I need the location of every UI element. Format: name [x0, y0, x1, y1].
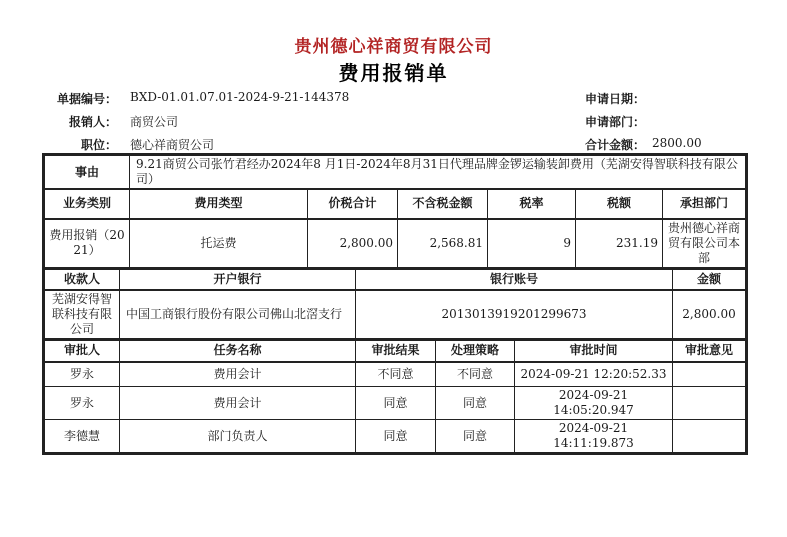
meta-row-1: 单据编号： BXD-01.01.07.01-2024-9-21-144378 申… — [42, 86, 748, 109]
task-name: 费用会计 — [120, 387, 356, 420]
approval-header-result: 审批结果 — [356, 340, 436, 362]
approval-header-row: 审批人 任务名称 审批结果 处理策略 审批时间 审批意见 — [45, 340, 746, 362]
approval-header-task: 任务名称 — [120, 340, 356, 362]
payee-header-bank: 开户银行 — [120, 269, 356, 290]
doc-number-value: BXD-01.01.07.01-2024-9-21-144378 — [130, 90, 349, 104]
expense-header-department: 承担部门 — [663, 190, 746, 219]
expense-type: 托运费 — [130, 219, 308, 268]
position-label: 职位： — [42, 136, 117, 153]
expense-header-net: 不含税金额 — [398, 190, 488, 219]
approval-result: 同意 — [356, 387, 436, 420]
approval-header-strategy: 处理策略 — [436, 340, 515, 362]
company-title: 贵州德心祥商贸有限公司 — [0, 32, 787, 57]
approval-header-time: 审批时间 — [515, 340, 673, 362]
task-name: 部门负责人 — [120, 420, 356, 453]
handling-strategy: 同意 — [436, 387, 515, 420]
apply-dept-label: 申请部门： — [585, 113, 645, 130]
position-value: 德心祥商贸公司 — [130, 136, 214, 153]
expense-form-page: 贵州德心祥商贸有限公司 费用报销单 单据编号： BXD-01.01.07.01-… — [0, 0, 787, 537]
payee-name: 芜湖安得智联科技有限公司 — [45, 290, 120, 339]
approval-time: 2024-09-21 14:05:20.947 — [515, 387, 673, 420]
expense-header-category: 业务类别 — [45, 190, 130, 219]
claimant-value: 商贸公司 — [130, 113, 178, 130]
approval-result: 同意 — [356, 420, 436, 453]
form-title: 费用报销单 — [0, 57, 787, 86]
approval-time: 2024-09-21 14:11:19.873 — [515, 420, 673, 453]
payee-header-account: 银行账号 — [356, 269, 673, 290]
payee-account: 2013013919201299673 — [356, 290, 673, 339]
total-amount-label: 合计金额： — [585, 136, 645, 153]
expense-table: 业务类别 费用类型 价税合计 不含税金额 税率 税额 承担部门 费用报销（202… — [44, 189, 746, 268]
approval-row-3: 李德慧 部门负责人 同意 同意 2024-09-21 14:11:19.873 — [45, 420, 746, 453]
approver-name: 罗永 — [45, 362, 120, 387]
reason-row: 事由 9.21商贸公司张竹君经办2024年8 月1日-2024年8月31日代理品… — [45, 156, 746, 189]
claimant-label: 报销人： — [42, 113, 117, 130]
reason-value: 9.21商贸公司张竹君经办2024年8 月1日-2024年8月31日代理品牌金锣… — [130, 156, 746, 189]
payee-header-amount: 金额 — [673, 269, 746, 290]
approval-header-opinion: 审批意见 — [673, 340, 746, 362]
expense-total: 2,800.00 — [308, 219, 398, 268]
reason-table: 事由 9.21商贸公司张竹君经办2024年8 月1日-2024年8月31日代理品… — [44, 155, 746, 189]
expense-header-total: 价税合计 — [308, 190, 398, 219]
expense-net: 2,568.81 — [398, 219, 488, 268]
payee-amount: 2,800.00 — [673, 290, 746, 339]
meta-fields: 单据编号： BXD-01.01.07.01-2024-9-21-144378 申… — [42, 86, 748, 155]
payee-data-row: 芜湖安得智联科技有限公司 中国工商银行股份有限公司佛山北滘支行 20130139… — [45, 290, 746, 339]
approver-name: 罗永 — [45, 387, 120, 420]
meta-row-3: 职位： 德心祥商贸公司 合计金额： 2800.00 — [42, 132, 748, 155]
handling-strategy: 不同意 — [436, 362, 515, 387]
form-table: 事由 9.21商贸公司张竹君经办2024年8 月1日-2024年8月31日代理品… — [42, 153, 748, 455]
expense-data-row: 费用报销（2021） 托运费 2,800.00 2,568.81 9 231.1… — [45, 219, 746, 268]
payee-bank: 中国工商银行股份有限公司佛山北滘支行 — [120, 290, 356, 339]
expense-header-type: 费用类型 — [130, 190, 308, 219]
task-name: 费用会计 — [120, 362, 356, 387]
expense-header-tax: 税额 — [576, 190, 663, 219]
approval-opinion — [673, 362, 746, 387]
expense-rate: 9 — [488, 219, 576, 268]
payee-table: 收款人 开户银行 银行账号 金额 芜湖安得智联科技有限公司 中国工商银行股份有限… — [44, 268, 746, 339]
approval-header-approver: 审批人 — [45, 340, 120, 362]
meta-row-2: 报销人： 商贸公司 申请部门： — [42, 109, 748, 132]
approver-name: 李德慧 — [45, 420, 120, 453]
expense-category: 费用报销（2021） — [45, 219, 130, 268]
expense-header-rate: 税率 — [488, 190, 576, 219]
doc-number-label: 单据编号： — [42, 90, 117, 107]
approval-time: 2024-09-21 12:20:52.33 — [515, 362, 673, 387]
payee-header-row: 收款人 开户银行 银行账号 金额 — [45, 269, 746, 290]
apply-date-label: 申请日期： — [585, 90, 645, 107]
approval-opinion — [673, 420, 746, 453]
payee-header-name: 收款人 — [45, 269, 120, 290]
expense-department: 贵州德心祥商贸有限公司本部 — [663, 219, 746, 268]
total-amount-value: 2800.00 — [652, 136, 702, 150]
approval-opinion — [673, 387, 746, 420]
approval-row-2: 罗永 费用会计 同意 同意 2024-09-21 14:05:20.947 — [45, 387, 746, 420]
reason-label: 事由 — [45, 156, 130, 189]
approval-result: 不同意 — [356, 362, 436, 387]
approval-row-1: 罗永 费用会计 不同意 不同意 2024-09-21 12:20:52.33 — [45, 362, 746, 387]
approval-table: 审批人 任务名称 审批结果 处理策略 审批时间 审批意见 罗永 费用会计 不同意… — [44, 339, 746, 454]
expense-header-row: 业务类别 费用类型 价税合计 不含税金额 税率 税额 承担部门 — [45, 190, 746, 219]
expense-tax: 231.19 — [576, 219, 663, 268]
handling-strategy: 同意 — [436, 420, 515, 453]
